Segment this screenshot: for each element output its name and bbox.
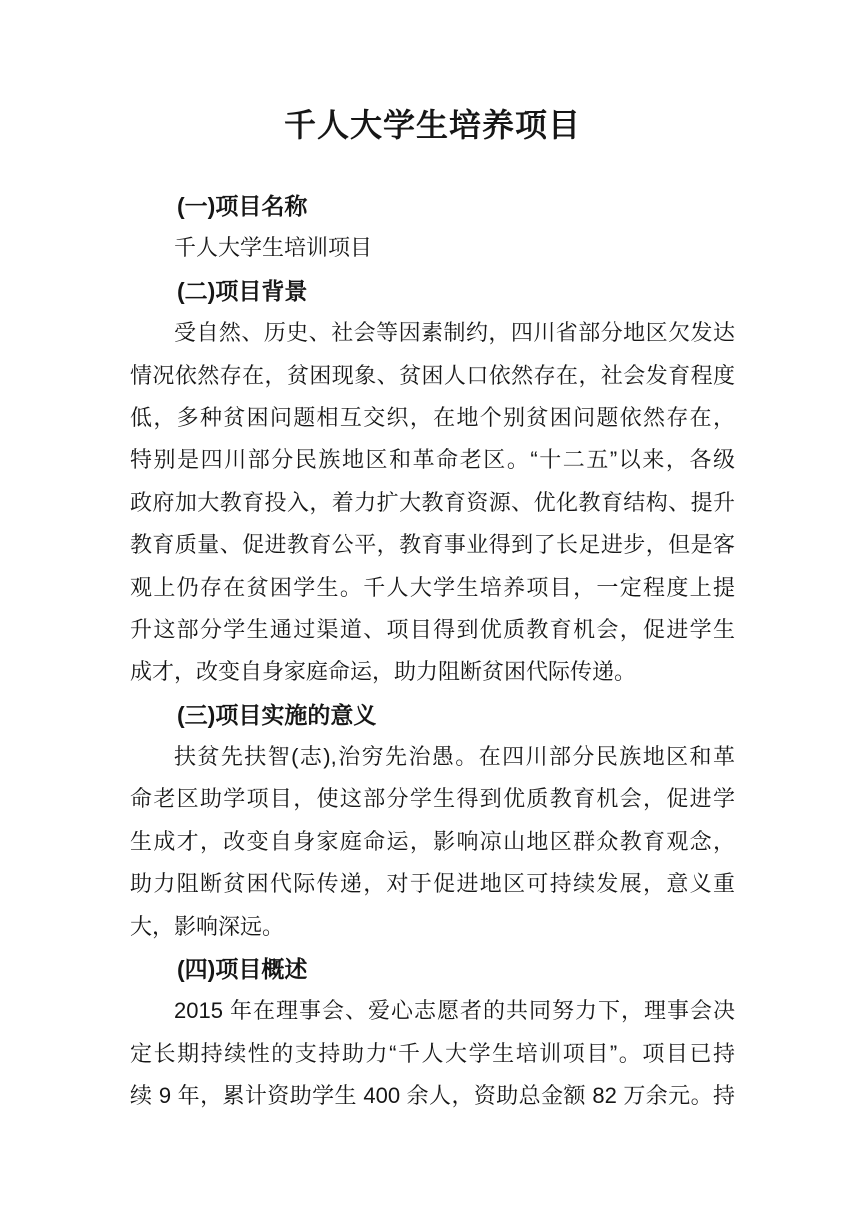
text-line: 2015 年在理事会、爱心志愿者的共同努力下，理事会决	[130, 990, 735, 1032]
section-heading: (三)项目实施的意义	[130, 694, 735, 736]
text-line: 特别是四川部分民族地区和革命老区。“十二五”以来，各级	[130, 439, 735, 481]
section-heading: (二)项目背景	[130, 270, 735, 312]
text-line: 成才，改变自身家庭命运，助力阻断贫困代际传递。	[130, 651, 735, 693]
document-body: (一)项目名称千人大学生培训项目(二)项目背景受自然、历史、社会等因素制约，四川…	[130, 185, 735, 1118]
text-line: 千人大学生培训项目	[130, 227, 735, 269]
text-line: 续 9 年，累计资助学生 400 余人，资助总金额 82 万余元。持	[130, 1075, 735, 1117]
text-line: 定长期持续性的支持助力“千人大学生培训项目”。项目已持	[130, 1033, 735, 1075]
text-line: 扶贫先扶智(志),治穷先治愚。在四川部分民族地区和革	[130, 736, 735, 778]
text-line: 升这部分学生通过渠道、项目得到优质教育机会，促进学生	[130, 609, 735, 651]
document-content: 千人大学生培养项目 (一)项目名称千人大学生培训项目(二)项目背景受自然、历史、…	[130, 0, 735, 1118]
text-line: 生成才，改变自身家庭命运，影响凉山地区群众教育观念，	[130, 821, 735, 863]
document-page: 千人大学生培养项目 (一)项目名称千人大学生培训项目(二)项目背景受自然、历史、…	[0, 0, 864, 1222]
document-title: 千人大学生培养项目	[130, 100, 735, 150]
text-line: 助力阻断贫困代际传递，对于促进地区可持续发展，意义重	[130, 863, 735, 905]
text-line: 政府加大教育投入，着力扩大教育资源、优化教育结构、提升	[130, 482, 735, 524]
text-line: 情况依然存在，贫困现象、贫困人口依然存在，社会发育程度	[130, 355, 735, 397]
section-heading: (四)项目概述	[130, 948, 735, 990]
text-line: 大，影响深远。	[130, 906, 735, 948]
text-line: 观上仍存在贫困学生。千人大学生培养项目，一定程度上提	[130, 567, 735, 609]
text-line: 命老区助学项目，使这部分学生得到优质教育机会，促进学	[130, 778, 735, 820]
text-line: 低，多种贫困问题相互交织，在地个别贫困问题依然存在，	[130, 397, 735, 439]
section-heading: (一)项目名称	[130, 185, 735, 227]
text-line: 教育质量、促进教育公平，教育事业得到了长足进步，但是客	[130, 524, 735, 566]
text-line: 受自然、历史、社会等因素制约，四川省部分地区欠发达	[130, 312, 735, 354]
